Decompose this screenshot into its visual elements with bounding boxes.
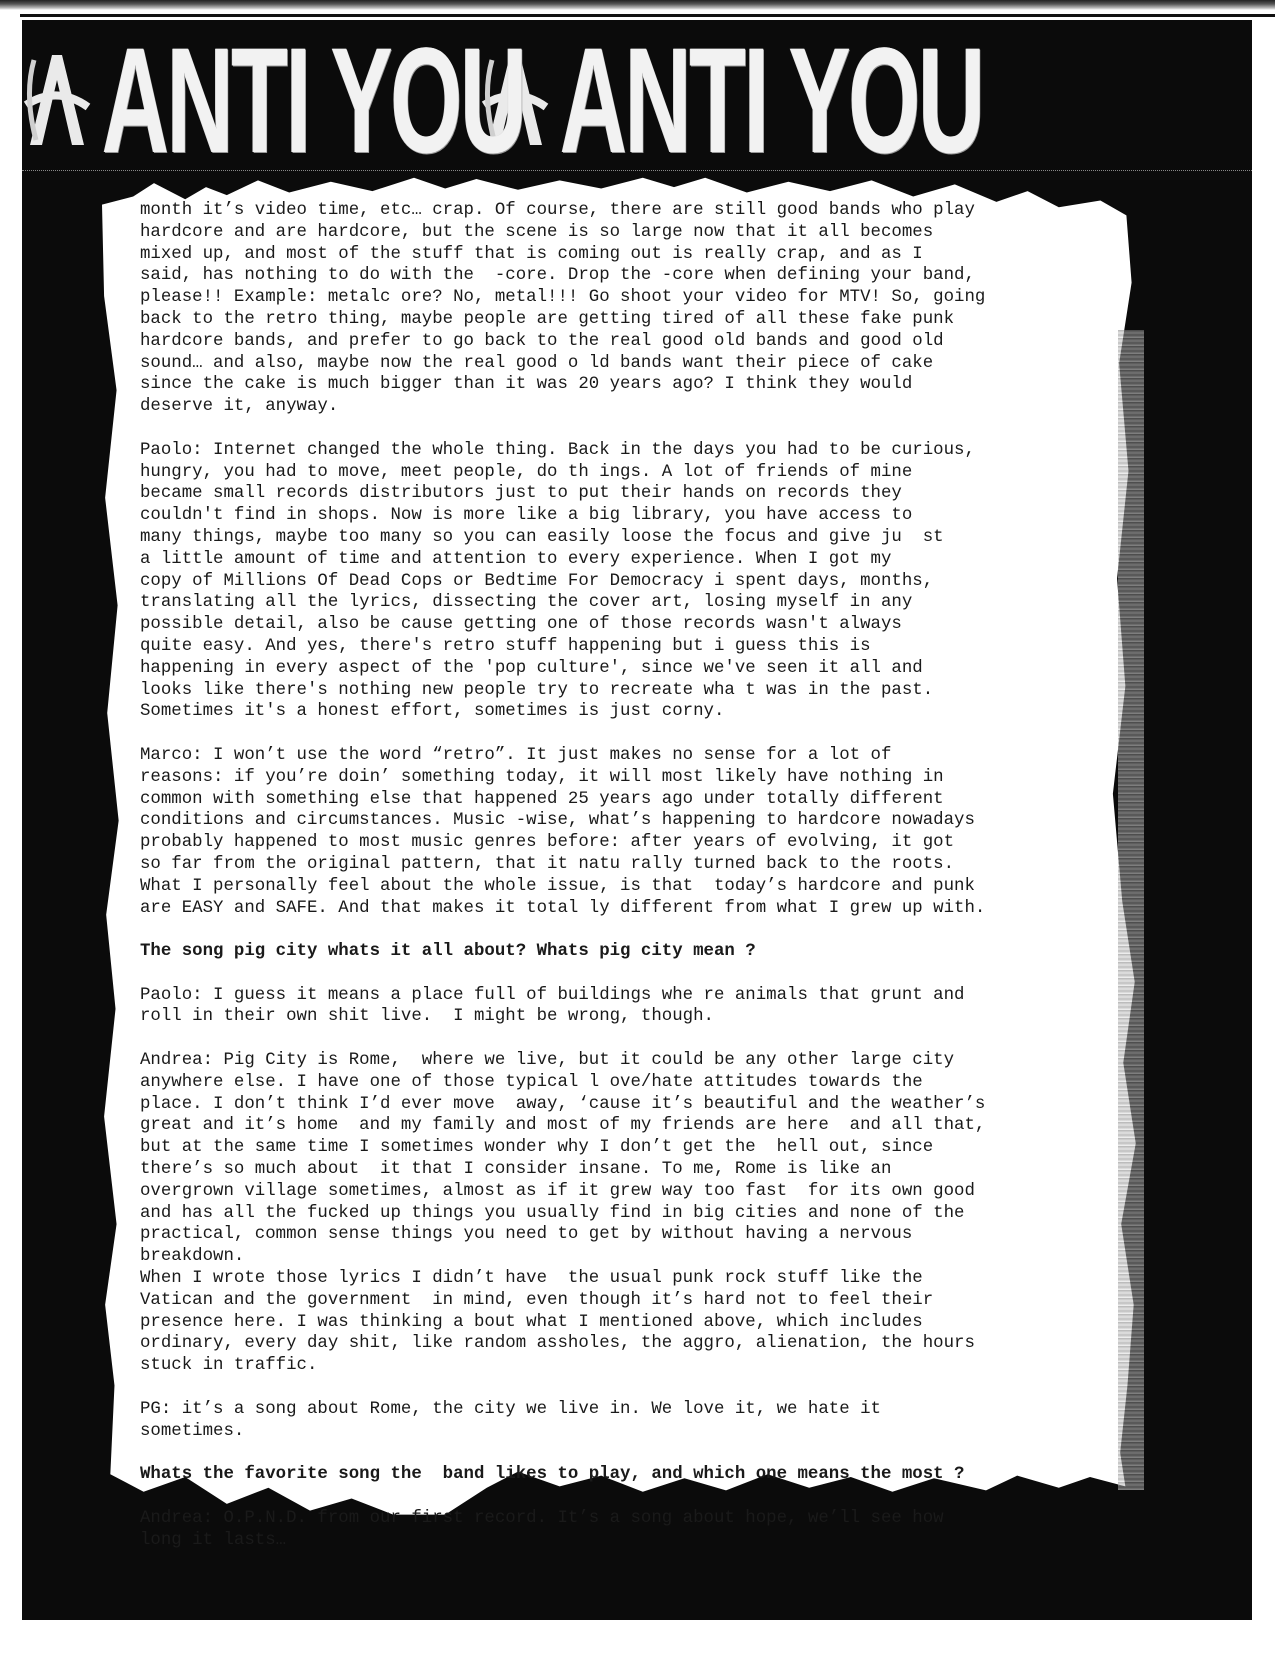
text-line: place. I don’t think I’d ever move away,… bbox=[140, 1094, 1140, 1116]
text-line: copy of Millions Of Dead Cops or Bedtime… bbox=[140, 571, 1140, 593]
text-line: since the cake is much bigger than it wa… bbox=[140, 374, 1140, 396]
text-line: so far from the original pattern, that i… bbox=[140, 854, 1140, 876]
text-line: Sometimes it's a honest effort, sometime… bbox=[140, 701, 1140, 723]
text-line: Vatican and the government in mind, even… bbox=[140, 1290, 1140, 1312]
text-line: please!! Example: metalc ore? No, metal!… bbox=[140, 287, 1140, 309]
text-line: Whats the favorite song the band likes t… bbox=[140, 1464, 1140, 1486]
masthead-title: ANTI YOU bbox=[102, 25, 331, 175]
masthead-unit: ANTI YOU bbox=[22, 25, 472, 175]
text-line: ordinary, every day shit, like random as… bbox=[140, 1333, 1140, 1355]
masthead-unit: ANTI YOU bbox=[480, 25, 930, 175]
interview-article: month it’s video time, etc… crap. Of cou… bbox=[140, 200, 1140, 1573]
text-line: roll in their own shit live. I might be … bbox=[140, 1006, 1140, 1028]
text-line: month it’s video time, etc… crap. Of cou… bbox=[140, 200, 1140, 222]
text-line: great and it’s home and my family and mo… bbox=[140, 1115, 1140, 1137]
text-line: Andrea: O.P.N.D. from our first record. … bbox=[140, 1508, 1140, 1530]
interview-answer: Andrea: O.P.N.D. from our first record. … bbox=[140, 1508, 1140, 1552]
text-line: back to the retro thing, maybe people ar… bbox=[140, 309, 1140, 331]
page-bottom-margin bbox=[0, 1625, 1275, 1665]
text-line: there’s so much about it that I consider… bbox=[140, 1159, 1140, 1181]
text-line: deserve it, anyway. bbox=[140, 396, 1140, 418]
text-line: possible detail, also be cause getting o… bbox=[140, 614, 1140, 636]
text-line: are EASY and SAFE. And that makes it tot… bbox=[140, 898, 1140, 920]
interview-answer: When I wrote those lyrics I didn’t have … bbox=[140, 1268, 1140, 1377]
interview-question: The song pig city whats it all about? Wh… bbox=[140, 941, 1140, 963]
text-line: said, has nothing to do with the -core. … bbox=[140, 265, 1140, 287]
text-line: hungry, you had to move, meet people, do… bbox=[140, 462, 1140, 484]
text-line: a little amount of time and attention to… bbox=[140, 549, 1140, 571]
text-line: conditions and circumstances. Music -wis… bbox=[140, 810, 1140, 832]
text-line: The song pig city whats it all about? Wh… bbox=[140, 941, 1140, 963]
masthead-banner: ANTI YOU ANTI YOU bbox=[22, 20, 1252, 180]
interview-answer: PG: it’s a song about Rome, the city we … bbox=[140, 1399, 1140, 1443]
text-line: Andrea: Pig City is Rome, where we live,… bbox=[140, 1050, 1140, 1072]
text-line: What I personally feel about the whole i… bbox=[140, 876, 1140, 898]
text-line: practical, common sense things you need … bbox=[140, 1224, 1140, 1246]
text-line: PG: it’s a song about Rome, the city we … bbox=[140, 1399, 1140, 1421]
text-line: looks like there's nothing new people tr… bbox=[140, 680, 1140, 702]
interview-answer: month it’s video time, etc… crap. Of cou… bbox=[140, 200, 1140, 418]
text-line: When I wrote those lyrics I didn’t have … bbox=[140, 1268, 1140, 1290]
text-line: overgrown village sometimes, almost as i… bbox=[140, 1181, 1140, 1203]
text-line: many things, maybe too many so you can e… bbox=[140, 527, 1140, 549]
text-line: long it lasts… bbox=[140, 1530, 1140, 1552]
text-line: Marco: I won’t use the word “retro”. It … bbox=[140, 745, 1140, 767]
text-line: and has all the fucked up things you usu… bbox=[140, 1203, 1140, 1225]
text-line: became small records distributors just t… bbox=[140, 483, 1140, 505]
text-line: couldn't find in shops. Now is more like… bbox=[140, 505, 1140, 527]
masthead-title: ANTI YOU bbox=[560, 25, 789, 175]
text-line: common with something else that happened… bbox=[140, 789, 1140, 811]
text-line: sound… and also, maybe now the real good… bbox=[140, 353, 1140, 375]
text-line: quite easy. And yes, there's retro stuff… bbox=[140, 636, 1140, 658]
text-line: presence here. I was thinking a bout wha… bbox=[140, 1312, 1140, 1334]
masthead-rule bbox=[22, 170, 1252, 173]
text-line: Paolo: Internet changed the whole thing.… bbox=[140, 440, 1140, 462]
text-line: translating all the lyrics, dissecting t… bbox=[140, 592, 1140, 614]
text-line: hardcore and are hardcore, but the scene… bbox=[140, 222, 1140, 244]
text-line: sometimes. bbox=[140, 1421, 1140, 1443]
text-line: happening in every aspect of the 'pop cu… bbox=[140, 658, 1140, 680]
interview-question: Whats the favorite song the band likes t… bbox=[140, 1464, 1140, 1486]
text-line: stuck in traffic. bbox=[140, 1355, 1140, 1377]
interview-answer: Andrea: Pig City is Rome, where we live,… bbox=[140, 1050, 1140, 1268]
interview-answer: Marco: I won’t use the word “retro”. It … bbox=[140, 745, 1140, 919]
interview-answer: Paolo: Internet changed the whole thing.… bbox=[140, 440, 1140, 723]
text-line: Paolo: I guess it means a place full of … bbox=[140, 985, 1140, 1007]
text-line: breakdown. bbox=[140, 1246, 1140, 1268]
text-line: hardcore bands, and prefer to go back to… bbox=[140, 331, 1140, 353]
text-line: reasons: if you’re doin’ something today… bbox=[140, 767, 1140, 789]
interview-answer: Paolo: I guess it means a place full of … bbox=[140, 985, 1140, 1029]
text-line: mixed up, and most of the stuff that is … bbox=[140, 244, 1140, 266]
scan-edge-top bbox=[0, 0, 1275, 10]
scan-edge-line bbox=[20, 14, 1275, 17]
text-line: anywhere else. I have one of those typic… bbox=[140, 1072, 1140, 1094]
anti-you-a-logo-icon bbox=[22, 45, 92, 155]
text-line: but at the same time I sometimes wonder … bbox=[140, 1137, 1140, 1159]
text-line: probably happened to most music genres b… bbox=[140, 832, 1140, 854]
